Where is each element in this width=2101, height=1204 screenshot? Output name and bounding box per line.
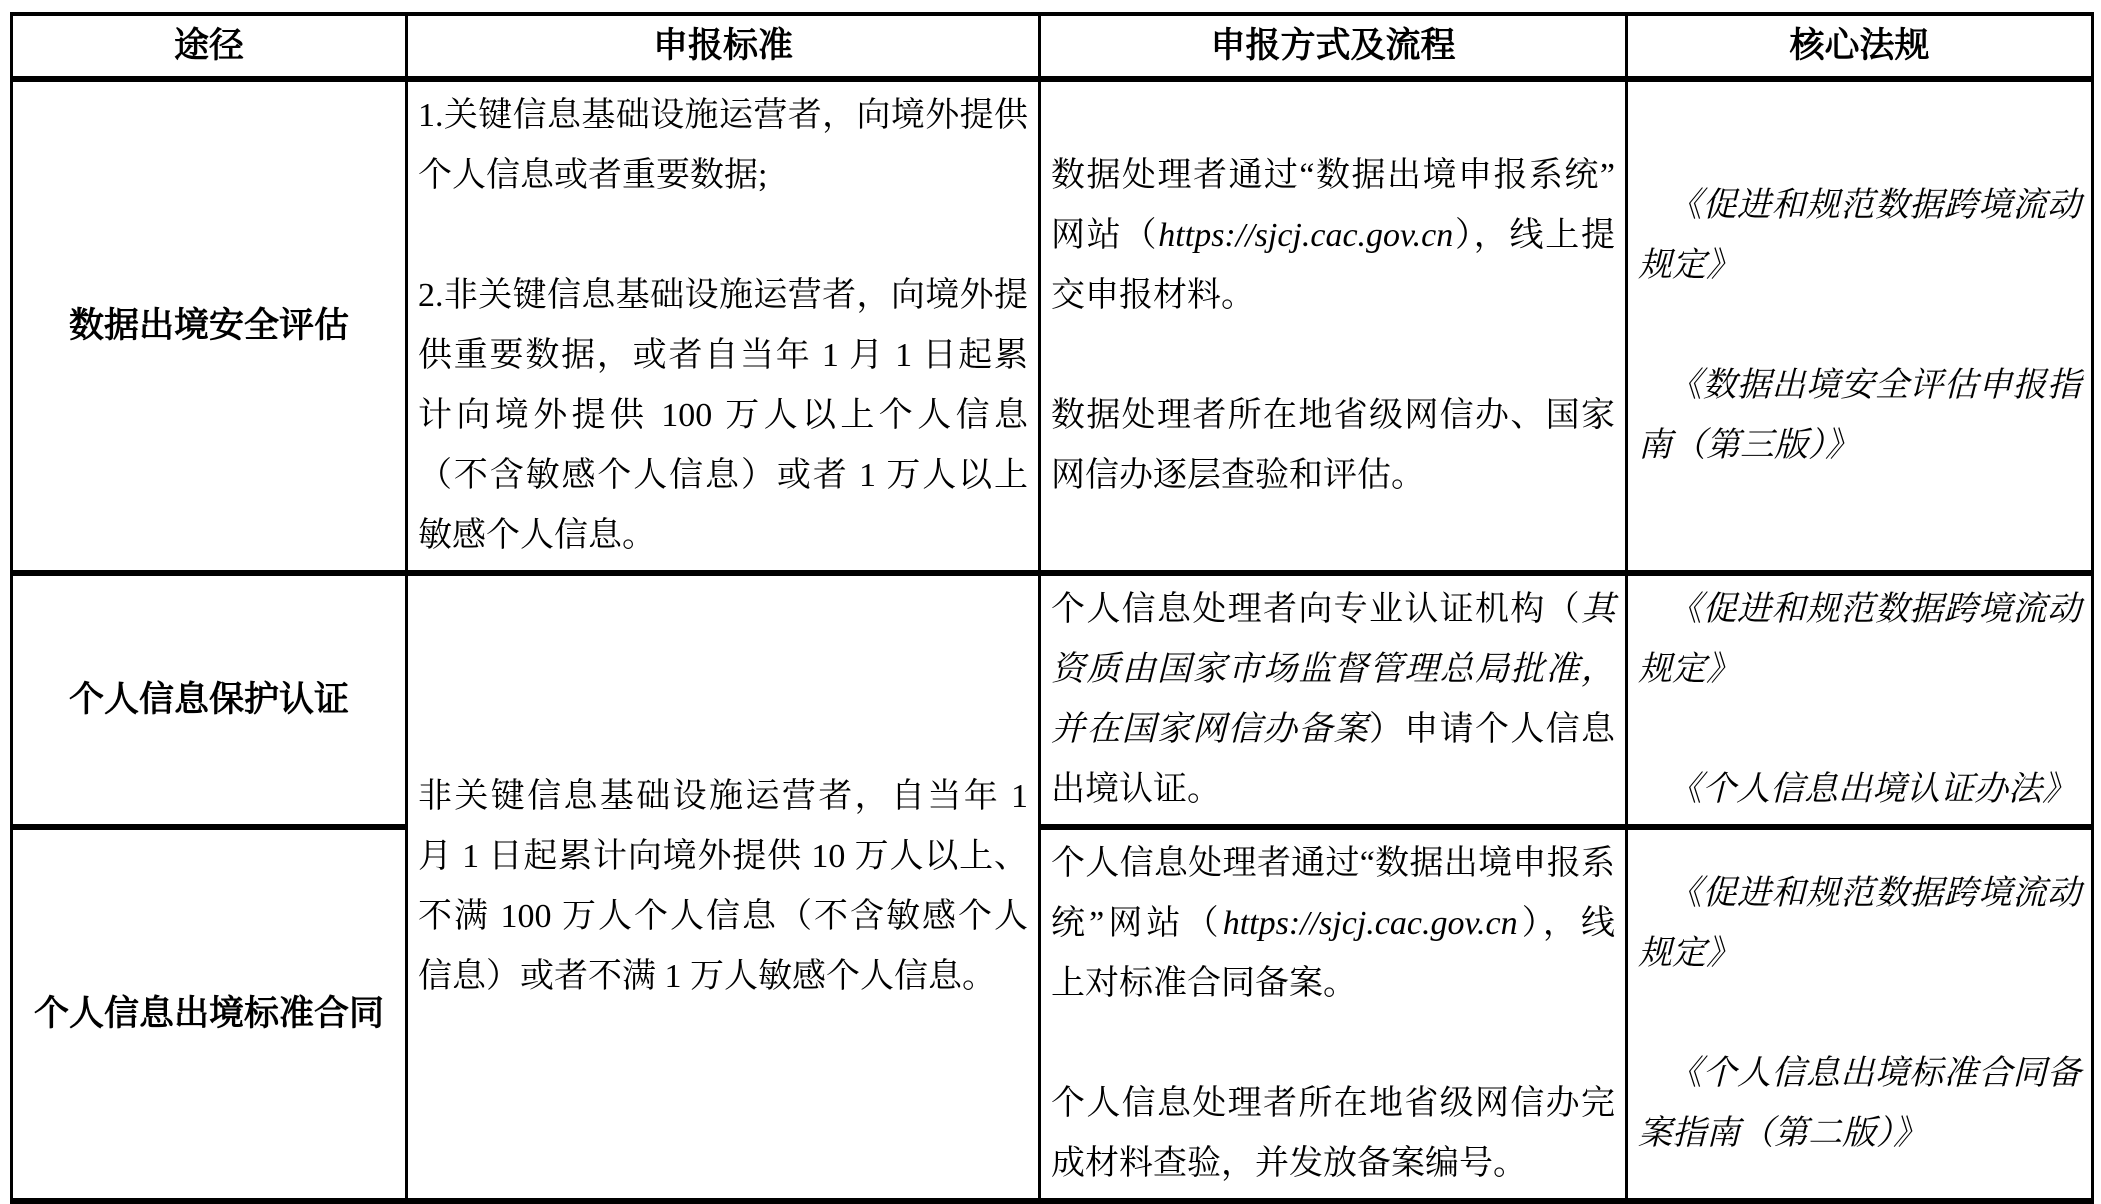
row-contract: 个人信息出境标准合同 个人信息处理者通过“数据出境申报系统”网站（https:/… <box>12 827 2093 1201</box>
header-row: 途径 申报标准 申报方式及流程 核心法规 <box>12 14 2093 79</box>
paragraph: 《促进和规范数据跨境流动规定》 <box>1638 580 2081 700</box>
compliance-table: 途径 申报标准 申报方式及流程 核心法规 数据出境安全评估 1.关键信息基础设施… <box>10 12 2094 1204</box>
cell-assessment-laws: 《促进和规范数据跨境流动规定》《数据出境安全评估申报指南（第三版）》 <box>1627 79 2093 573</box>
paragraph: 非关键信息基础设施运营者，自当年 1 月 1 日起累计向境外提供 10 万人以上… <box>418 767 1028 1007</box>
row-assessment: 数据出境安全评估 1.关键信息基础设施运营者，向境外提供个人信息或者重要数据;2… <box>12 79 2093 573</box>
paragraph: 2.非关键信息基础设施运营者，向境外提供重要数据，或者自当年 1 月 1 日起累… <box>418 266 1028 566</box>
paragraph: 个人信息处理者所在地省级网信办完成材料查验，并发放备案编号。 <box>1051 1074 1615 1194</box>
cell-shared-standard: 非关键信息基础设施运营者，自当年 1 月 1 日起累计向境外提供 10 万人以上… <box>407 573 1040 1201</box>
cell-assessment-path: 数据出境安全评估 <box>12 79 407 573</box>
paragraph: 数据处理者通过“数据出境申报系统”网站（https://sjcj.cac.gov… <box>1051 146 1615 326</box>
document-page: 途径 申报标准 申报方式及流程 核心法规 数据出境安全评估 1.关键信息基础设施… <box>0 0 2101 1204</box>
cell-contract-process: 个人信息处理者通过“数据出境申报系统”网站（https://sjcj.cac.g… <box>1040 827 1627 1201</box>
paragraph: 数据处理者所在地省级网信办、国家网信办逐层查验和评估。 <box>1051 386 1615 506</box>
paragraph: 1.关键信息基础设施运营者，向境外提供个人信息或者重要数据; <box>418 86 1028 206</box>
header-standard: 申报标准 <box>407 14 1040 79</box>
cell-assessment-process: 数据处理者通过“数据出境申报系统”网站（https://sjcj.cac.gov… <box>1040 79 1627 573</box>
paragraph: 《个人信息出境标准合同备案指南（第二版）》 <box>1638 1044 2081 1164</box>
paragraph: 《数据出境安全评估申报指南（第三版）》 <box>1638 356 2081 476</box>
paragraph: 个人信息处理者向专业认证机构（其资质由国家市场监督管理总局批准，并在国家网信办备… <box>1051 580 1615 820</box>
cell-contract-path: 个人信息出境标准合同 <box>12 827 407 1201</box>
header-path: 途径 <box>12 14 407 79</box>
paragraph: 《促进和规范数据跨境流动规定》 <box>1638 176 2081 296</box>
paragraph: 《个人信息出境认证办法》 <box>1638 760 2081 820</box>
header-laws: 核心法规 <box>1627 14 2093 79</box>
cell-certification-process: 个人信息处理者向专业认证机构（其资质由国家市场监督管理总局批准，并在国家网信办备… <box>1040 573 1627 827</box>
paragraph: 《促进和规范数据跨境流动规定》 <box>1638 864 2081 984</box>
header-process: 申报方式及流程 <box>1040 14 1627 79</box>
cell-certification-path: 个人信息保护认证 <box>12 573 407 827</box>
cell-certification-laws: 《促进和规范数据跨境流动规定》《个人信息出境认证办法》 <box>1627 573 2093 827</box>
paragraph: 个人信息处理者通过“数据出境申报系统”网站（https://sjcj.cac.g… <box>1051 834 1615 1014</box>
cell-contract-laws: 《促进和规范数据跨境流动规定》《个人信息出境标准合同备案指南（第二版）》 <box>1627 827 2093 1201</box>
cell-assessment-standard: 1.关键信息基础设施运营者，向境外提供个人信息或者重要数据;2.非关键信息基础设… <box>407 79 1040 573</box>
row-certification: 个人信息保护认证 非关键信息基础设施运营者，自当年 1 月 1 日起累计向境外提… <box>12 573 2093 827</box>
